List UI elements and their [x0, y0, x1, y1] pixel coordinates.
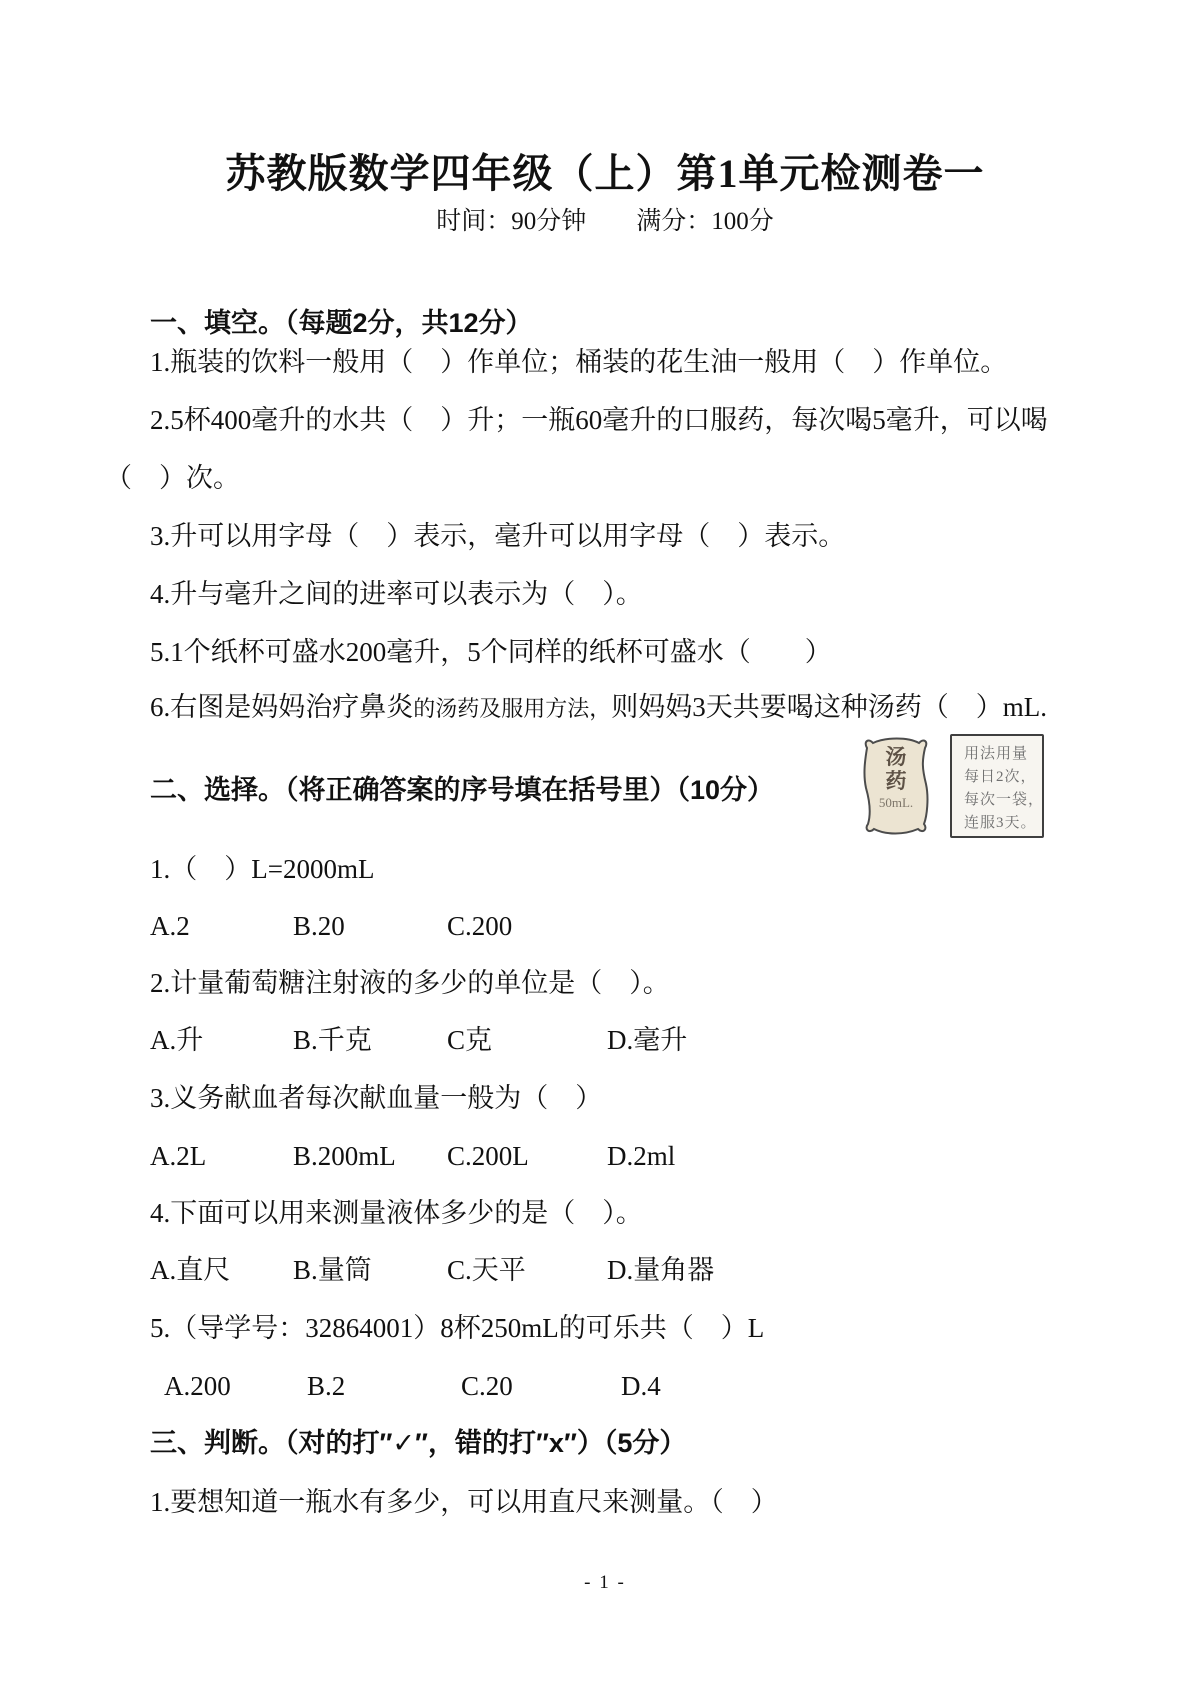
fill-question-6-part1: 6.右图是妈妈治疗鼻炎: [150, 692, 413, 722]
exam-time-score-line: 时间：90分钟 满分：100分: [105, 206, 1105, 238]
option-d: D.4: [621, 1370, 661, 1402]
option-b: B.2: [307, 1370, 461, 1402]
section-multiple-choice: 二、选择。（将正确答案的序号填在括号里）（10分） 1.（ ）L=2000mL …: [105, 773, 1105, 1402]
option-b: B.千克: [293, 1024, 447, 1056]
choice-question-1-options: A.2B.20C.200: [105, 910, 1105, 942]
choice-question-5: 5.（导学号：32864001）8杯250mL的可乐共（ ）L: [105, 1312, 1105, 1344]
dosage-instruction-label: 用法用量 每日2次， 每次一袋， 连服3天。: [950, 734, 1044, 838]
fill-question-2-line1: 2.5杯400毫升的水共（ ）升；一瓶60毫升的口服药，每次喝5毫升，可以喝: [105, 404, 1105, 436]
option-b: B.200mL: [293, 1140, 447, 1172]
option-a: A.直尺: [150, 1254, 293, 1286]
option-a: A.200: [164, 1370, 307, 1402]
option-d: D.毫升: [607, 1024, 687, 1056]
choice-question-1: 1.（ ）L=2000mL: [105, 853, 1105, 885]
option-a: A.2: [150, 910, 293, 942]
choice-question-2: 2.计量葡萄糖注射液的多少的单位是（ ）。: [105, 967, 1105, 999]
option-a: A.升: [150, 1024, 293, 1056]
section-fill-heading: 一、填空。（每题2分，共12分）: [105, 306, 1105, 340]
exam-paper-page: 苏教版数学四年级（上）第1单元检测卷一 时间：90分钟 满分：100分 一、填空…: [0, 0, 1191, 1684]
option-b: B.20: [293, 910, 447, 942]
fill-question-6: 6.右图是妈妈治疗鼻炎的汤药及服用方法，则妈妈3天共要喝这种汤药（ ）mL.: [105, 691, 1105, 725]
bag-label-char2: 药: [856, 769, 936, 793]
option-c: C.200: [447, 910, 512, 942]
bag-label-char1: 汤: [856, 745, 936, 769]
option-c: C.天平: [447, 1254, 607, 1286]
dosage-line-1: 用法用量: [964, 743, 1042, 766]
option-c: C.200L: [447, 1140, 607, 1172]
medicine-bag-illustration: 汤 药 50mL.: [856, 736, 936, 835]
choice-question-3-options: A.2LB.200mLC.200LD.2ml: [105, 1140, 1105, 1172]
fill-question-6-part2: 的汤药及服用方法，: [413, 696, 611, 721]
fill-question-1: 1.瓶装的饮料一般用（ ）作单位；桶装的花生油一般用（ ）作单位。: [105, 346, 1105, 378]
fill-question-5: 5.1个纸杯可盛水200毫升，5个同样的纸杯可盛水（ ）: [105, 636, 1105, 668]
choice-question-3: 3.义务献血者每次献血量一般为（ ）: [105, 1082, 1105, 1114]
page-number: - 1 -: [105, 1571, 1105, 1595]
dosage-line-4: 连服3天。: [964, 812, 1042, 835]
option-b: B.量筒: [293, 1254, 447, 1286]
section-true-false: 三、判断。（对的打″✓″，错的打″x″）（5分） 1.要想知道一瓶水有多少，可以…: [105, 1426, 1105, 1518]
choice-question-4-options: A.直尺B.量筒C.天平D.量角器: [105, 1254, 1105, 1286]
dosage-line-2: 每日2次，: [964, 766, 1042, 789]
fill-question-3: 3.升可以用字母（ ）表示，毫升可以用字母（ ）表示。: [105, 520, 1105, 552]
section-fill-in-blanks: 一、填空。（每题2分，共12分） 1.瓶装的饮料一般用（ ）作单位；桶装的花生油…: [105, 306, 1105, 725]
page-title: 苏教版数学四年级（上）第1单元检测卷一: [105, 150, 1105, 198]
option-d: D.量角器: [607, 1254, 714, 1286]
option-a: A.2L: [150, 1140, 293, 1172]
choice-question-5-options: A.200B.2C.20D.4: [105, 1370, 1105, 1402]
medicine-bag-text: 汤 药 50mL.: [856, 736, 936, 811]
option-c: C克: [447, 1024, 607, 1056]
dosage-line-3: 每次一袋，: [964, 789, 1042, 812]
fill-question-2-line2: （ ）次。: [105, 462, 1105, 494]
option-c: C.20: [461, 1370, 621, 1402]
option-d: D.2ml: [607, 1140, 675, 1172]
choice-question-2-options: A.升B.千克C克D.毫升: [105, 1024, 1105, 1056]
bag-volume-text: 50mL.: [856, 795, 936, 811]
medicine-figure: 汤 药 50mL. 用法用量 每日2次， 每次一袋， 连服3天。: [856, 727, 1056, 839]
judge-question-1: 1.要想知道一瓶水有多少，可以用直尺来测量。（ ）: [105, 1486, 1105, 1518]
choice-question-4: 4.下面可以用来测量液体多少的是（ ）。: [105, 1197, 1105, 1229]
fill-question-4: 4.升与毫升之间的进率可以表示为（ ）。: [105, 578, 1105, 610]
section-judge-heading: 三、判断。（对的打″✓″，错的打″x″）（5分）: [105, 1426, 1105, 1460]
fill-question-6-part3: 则妈妈3天共要喝这种汤药（ ）mL.: [611, 692, 1047, 722]
